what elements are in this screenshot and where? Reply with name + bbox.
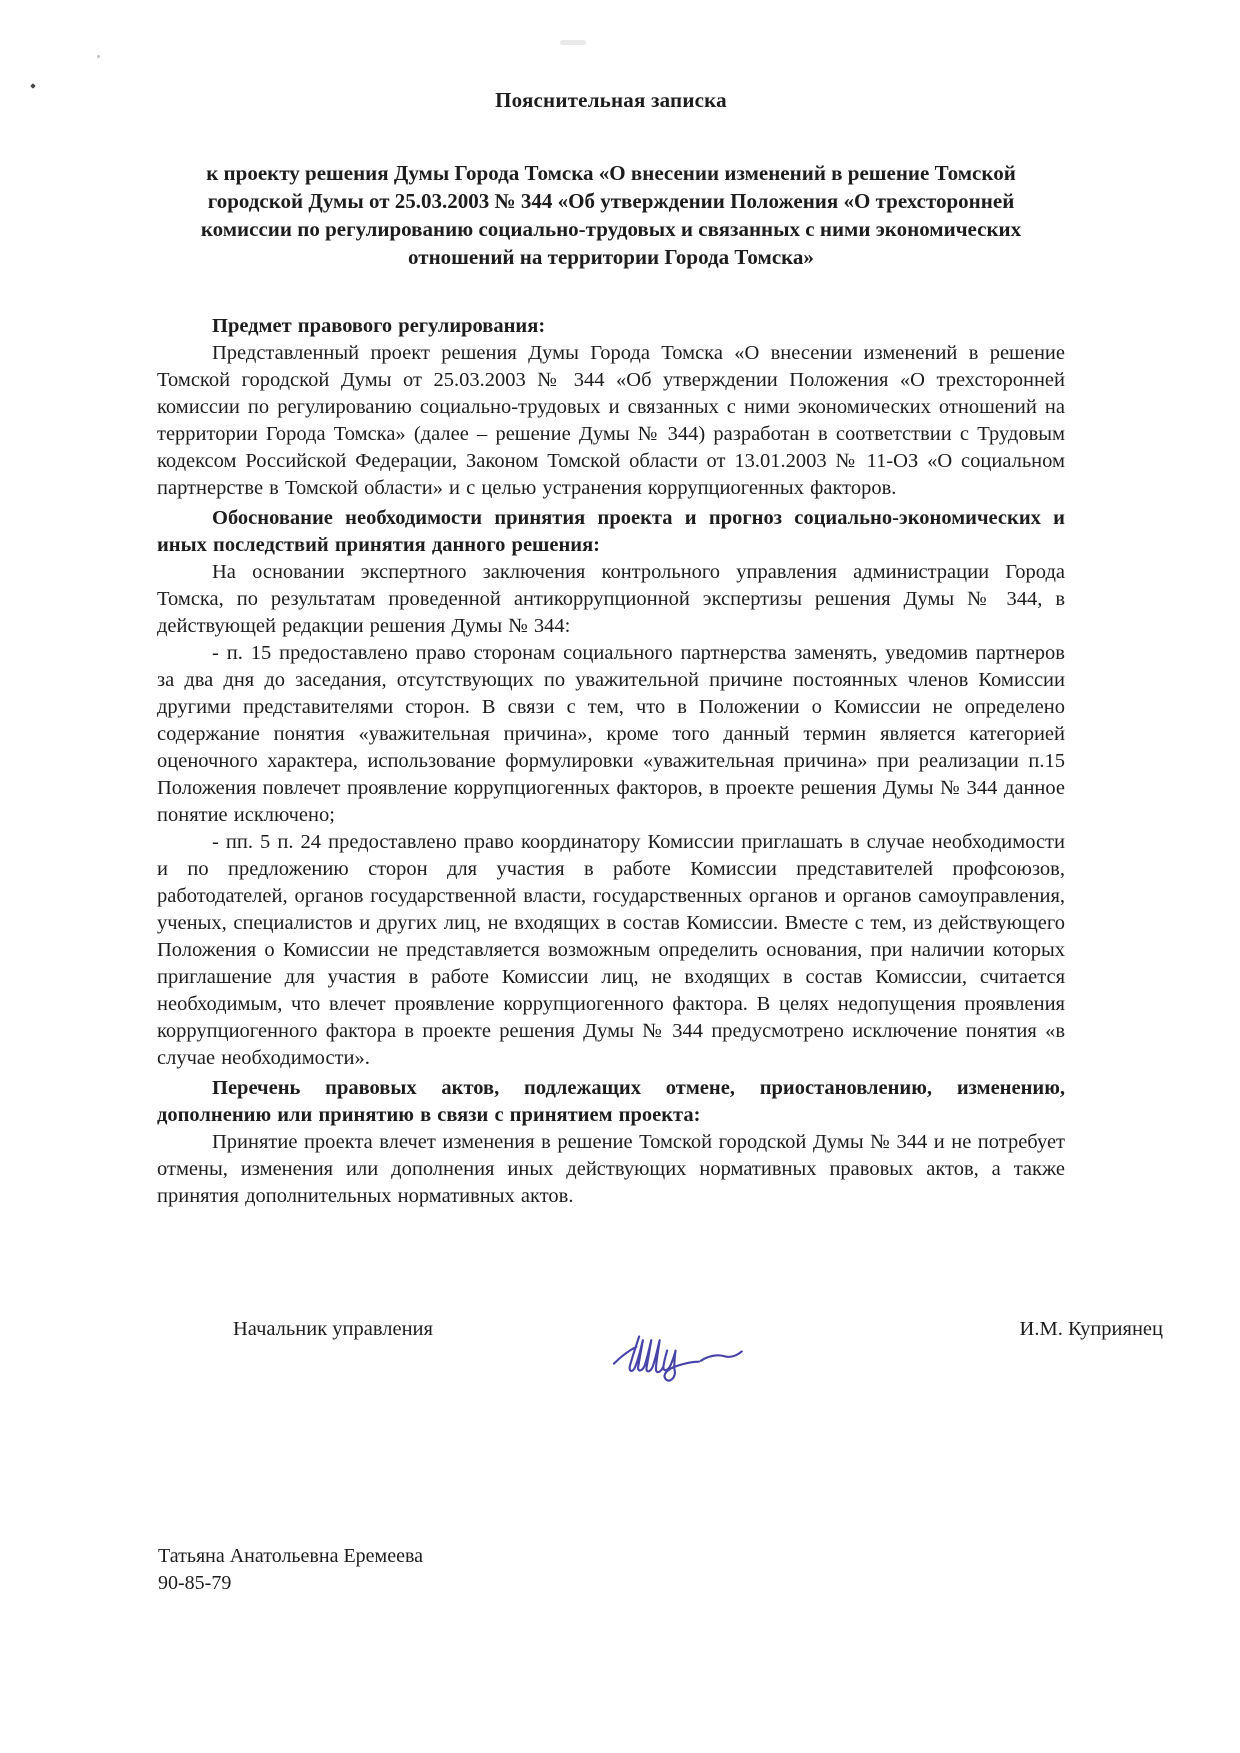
signatory-name: И.М. Куприянец xyxy=(1020,1316,1163,1343)
scan-artifact xyxy=(97,55,100,58)
document-content: Пояснительная записка к проекту решения … xyxy=(157,88,1065,1210)
section-heading-acts-list: Перечень правовых актов, подлежащих отме… xyxy=(157,1075,1065,1129)
section-heading-justification: Обоснование необходимости принятия проек… xyxy=(157,505,1065,559)
paragraph-justification-intro: На основании экспертного заключения конт… xyxy=(157,559,1065,640)
contact-name: Татьяна Анатольевна Еремеева xyxy=(158,1543,423,1570)
document-title: Пояснительная записка xyxy=(157,88,1065,113)
signatory-position: Начальник управления xyxy=(233,1316,433,1343)
document-subtitle: к проекту решения Думы Города Томска «О … xyxy=(167,159,1055,271)
scan-artifact xyxy=(30,83,36,89)
contact-phone: 90-85-79 xyxy=(158,1570,423,1597)
handwritten-signature xyxy=(606,1330,760,1386)
document-page: Пояснительная записка к проекту решения … xyxy=(0,0,1240,1753)
section-heading-subject: Предмет правового регулирования: xyxy=(157,313,1065,340)
paragraph-subject: Представленный проект решения Думы Город… xyxy=(157,340,1065,502)
paragraph-point-15: - п. 15 предоставлено право сторонам соц… xyxy=(157,640,1065,829)
paragraph-acts-list: Принятие проекта влечет изменения в реше… xyxy=(157,1129,1065,1210)
paragraph-point-24: - пп. 5 п. 24 предоставлено право коорди… xyxy=(157,829,1065,1072)
scan-artifact xyxy=(560,40,586,45)
contact-footer: Татьяна Анатольевна Еремеева 90-85-79 xyxy=(158,1543,423,1597)
